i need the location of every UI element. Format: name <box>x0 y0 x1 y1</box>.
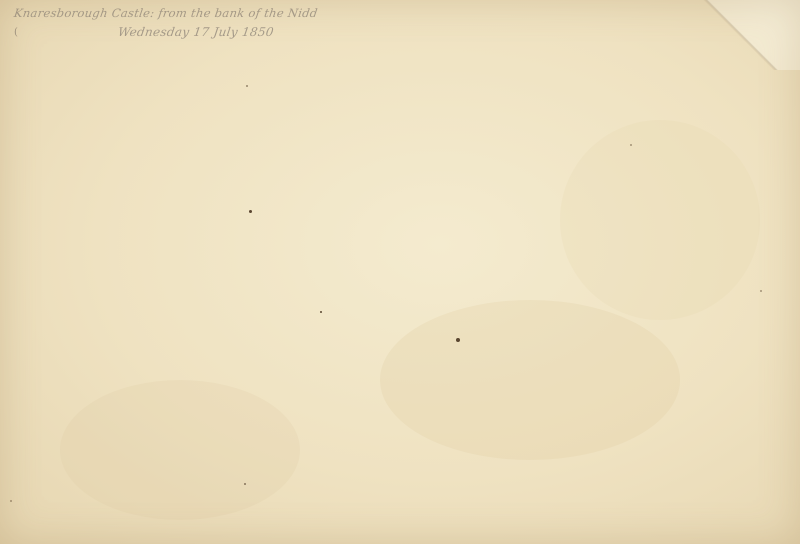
paper-sheet: Knaresborough Castle: from the bank of t… <box>0 0 800 544</box>
edge-vignette <box>0 0 800 544</box>
stain <box>380 300 680 460</box>
foxing-spot <box>10 500 12 502</box>
foxing-spot <box>246 85 248 87</box>
inscription-date: Wednesday 17 July 1850 <box>117 25 275 39</box>
foxing-spot <box>456 338 460 342</box>
foxing-spot <box>760 290 762 292</box>
foxing-spot <box>320 311 322 313</box>
foxing-spot <box>249 210 252 213</box>
foxing-spot <box>630 144 632 146</box>
foxing-spot <box>244 483 246 485</box>
inscription-title: Knaresborough Castle: from the bank of t… <box>13 6 319 20</box>
stain <box>60 380 300 520</box>
stain <box>560 120 760 320</box>
margin-mark: ( <box>14 27 18 38</box>
corner-crease <box>700 0 800 70</box>
